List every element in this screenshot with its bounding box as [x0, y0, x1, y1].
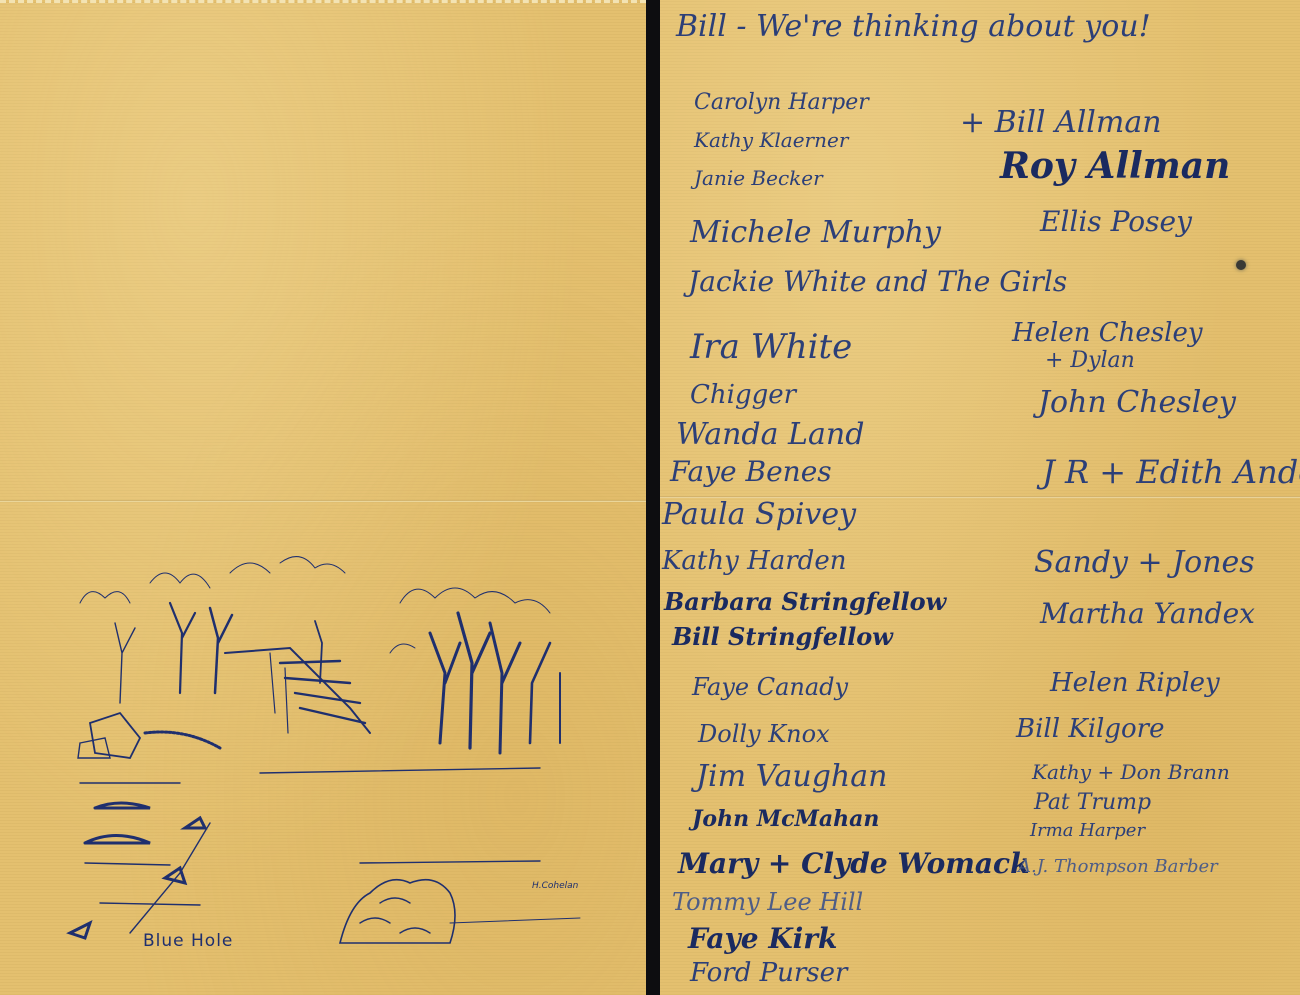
blue-hole-illustration — [60, 543, 590, 963]
signature: Paula Spivey — [662, 500, 856, 530]
signature: J R + Edith Anderson — [1042, 456, 1300, 488]
card-front-panel: Blue Hole H.Cohelan — [0, 0, 646, 995]
signature: + Dylan — [1045, 350, 1135, 372]
signature: Ford Purser — [690, 960, 847, 986]
signature: Carolyn Harper — [694, 92, 869, 114]
signature: Barbara Stringfellow — [664, 590, 946, 614]
signature: Dolly Knox — [698, 722, 830, 746]
signature: Kathy + Don Brann — [1032, 762, 1230, 782]
signature: Helen Ripley — [1050, 670, 1220, 696]
signature: Tommy Lee Hill — [672, 890, 863, 914]
signature: Ellis Posey — [1040, 208, 1192, 236]
signature: John Chesley — [1038, 388, 1236, 418]
signature: John McMahan — [692, 808, 879, 830]
signature: Ira White — [690, 330, 852, 364]
signature: Kathy Harden — [662, 548, 846, 574]
signature: Faye Canady — [692, 675, 848, 699]
signature: Bill Stringfellow — [672, 625, 893, 649]
signature: Bill Kilgore — [1016, 716, 1164, 742]
signature: Martha Yandex — [1040, 600, 1255, 628]
signature: Mary + Clyde Womack — [678, 850, 1030, 878]
artist-signature: H.Cohelan — [532, 881, 578, 891]
signature: Jackie White and The Girls — [688, 268, 1067, 296]
signature: Janie Becker — [694, 168, 823, 188]
signature: Faye Benes — [670, 458, 832, 486]
signature: Sandy + Jones — [1034, 548, 1255, 578]
illustration-caption: Blue Hole — [143, 931, 233, 951]
greeting-text: Bill - We're thinking about you! — [676, 12, 1151, 42]
signature: A.J. Thompson Barber — [1018, 858, 1218, 876]
paper-stain — [1236, 260, 1246, 270]
signature: Irma Harper — [1030, 822, 1145, 840]
signature: Wanda Land — [676, 420, 864, 450]
fold-crease — [0, 500, 646, 502]
signature: Chigger — [690, 382, 796, 408]
signature: Pat Trump — [1034, 792, 1151, 814]
signature: + Bill Allman — [960, 108, 1162, 138]
signature: Michele Murphy — [690, 218, 941, 248]
signature: Helen Chesley — [1012, 320, 1203, 346]
signature: Roy Allman — [1000, 148, 1230, 184]
signature: Faye Kirk — [688, 925, 837, 953]
signature: Kathy Klaerner — [694, 130, 848, 150]
signature: Jim Vaughan — [696, 762, 887, 792]
